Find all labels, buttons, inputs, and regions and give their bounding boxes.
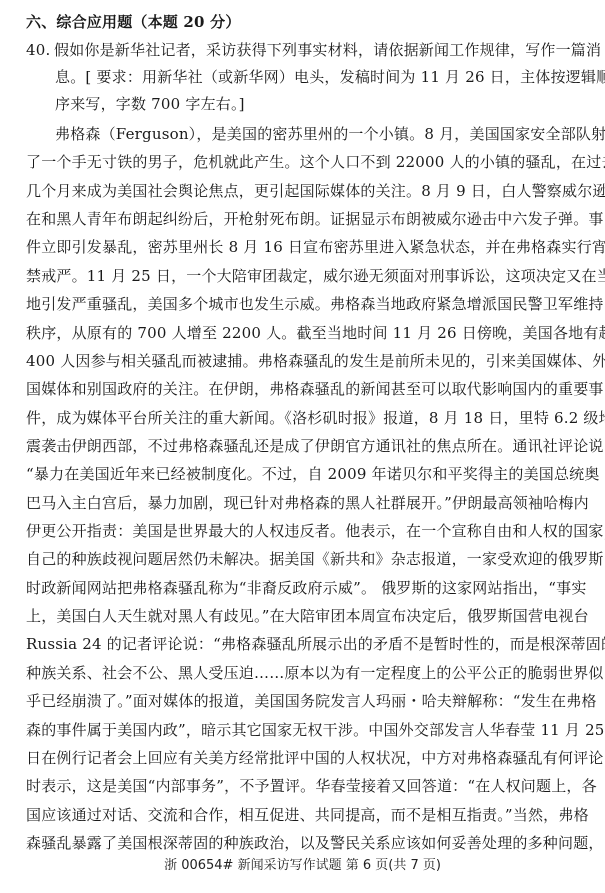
question-prompt-line-1: 40.假如你是新华社记者，采访获得下列事实材料，请依据新闻工作规律，写作一篇消 bbox=[26, 40, 582, 60]
material-line: “暴力在美国近年来已经被制度化。不过，自 2009 年诺贝尔和平奖得主的美国总统… bbox=[26, 464, 582, 484]
material-line: 自己的种族歧视问题居然仍未解决。据美国《新共和》杂志报道，一家受欢迎的俄罗斯 bbox=[26, 549, 582, 569]
material-line: 森骚乱暴露了美国根深蒂固的种族政治，以及警民关系应该如何妥善处理的多种问题， bbox=[26, 833, 582, 853]
material-line: 日在例行记者会上回应有关美方经常批评中国的人权状况，中方对弗格森骚乱有何评论 bbox=[26, 748, 582, 768]
material-line: 400 人因参与相关骚乱而被逮捕。弗格森骚乱的发生是前所未见的，引来美国媒体、外 bbox=[26, 351, 582, 371]
material-line: 巴马入主白宫后，暴力加剧，现已针对弗格森的黑人社群展开。”伊朗最高领袖哈梅内 bbox=[26, 493, 582, 513]
question-prompt-text: 假如你是新华社记者，采访获得下列事实材料，请依据新闻工作规律，写作一篇消 bbox=[54, 41, 601, 59]
material-line: 国媒体和别国政府的关注。在伊朗，弗格森骚乱的新闻甚至可以取代影响国内的重要事 bbox=[26, 379, 582, 399]
material-line: 上，美国白人天生就对黑人有歧见。”在大陪审团本周宣布决定后，俄罗斯国营电视台 bbox=[26, 606, 582, 626]
question-prompt-line-3: 序来写，字数 700 字左右。] bbox=[55, 94, 582, 114]
material-line: 弗格森（Ferguson），是美国的密苏里州的一个小镇。8 月，美国国家安全部队… bbox=[55, 124, 582, 144]
page-footer: 浙 00654# 新闻采访写作试题 第 6 页(共 7 页) bbox=[0, 857, 605, 875]
material-line: 了一个手无寸铁的男子，危机就此产生。这个人口不到 22000 人的小镇的骚乱，在… bbox=[26, 152, 582, 172]
material-line: 秩序，从原有的 700 人增至 2200 人。截至当地时间 11 月 26 日傍… bbox=[26, 323, 582, 343]
material-line: 伊更公开指责：美国是世界最大的人权违反者。他表示，在一个宣称自由和人权的国家， bbox=[26, 521, 582, 541]
material-line: 国应该通过对话、交流和合作，相互促进、共同提高，而不是相互指责。”当然，弗格 bbox=[26, 805, 582, 825]
section-header: 六、综合应用题（本题 20 分） bbox=[26, 12, 582, 32]
material-line: 件，成为媒体平台所关注的重大新闻。《洛杉矶时报》报道，8 月 18 日，里特 6… bbox=[26, 408, 582, 428]
material-line: 几个月来成为美国社会舆论焦点，更引起国际媒体的关注。8 月 9 日，白人警察威尔… bbox=[26, 181, 582, 201]
question-number: 40. bbox=[26, 40, 54, 60]
material-line: 在和黑人青年布朗起纠纷后，开枪射死布朗。证据显示布朗被威尔逊击中六发子弹。事 bbox=[26, 209, 582, 229]
material-line: 时政新闻网站把弗格森骚乱称为“非裔反政府示威”。 俄罗斯的这家网站指出，“事实 bbox=[26, 578, 582, 598]
material-line: 森的事件属于美国内政”，暗示其它国家无权干涉。中国外交部发言人华春莹 11 月 … bbox=[26, 720, 582, 740]
exam-page: 六、综合应用题（本题 20 分） 40.假如你是新华社记者，采访获得下列事实材料… bbox=[0, 0, 605, 893]
material-line: 时表示，这是美国“内部事务”，不予置评。华春莹接着又回答道：“在人权问题上，各 bbox=[26, 776, 582, 796]
material-line: 件立即引发暴乱，密苏里州长 8 月 16 日宣布密苏里进入紧急状态，并在弗格森实… bbox=[26, 237, 582, 257]
material-line: 震袭击伊朗西部，不过弗格森骚乱还是成了伊朗官方通讯社的焦点所在。通讯社评论说： bbox=[26, 436, 582, 456]
material-line: 禁戒严。11 月 25 日，一个大陪审团裁定，威尔逊无须面对刑事诉讼，这项决定又… bbox=[26, 266, 582, 286]
question-prompt-line-2: 息。[ 要求：用新华社（或新华网）电头，发稿时间为 11 月 26 日，主体按逻… bbox=[55, 67, 582, 87]
material-line: Russia 24 的记者评论说：“弗格森骚乱所展示出的矛盾不是暂时性的，而是根… bbox=[26, 634, 582, 654]
material-line: 种族关系、社会不公、黑人受压迫……原本以为有一定程度上的公平公正的脆弱世界似 bbox=[26, 663, 582, 683]
material-line: 乎已经崩溃了。”面对媒体的报道，美国国务院发言人玛丽・哈夫辩解称：“发生在弗格 bbox=[26, 691, 582, 711]
material-line: 地引发严重骚乱，美国多个城市也发生示威。弗格森当地政府紧急增派国民警卫军维持 bbox=[26, 294, 582, 314]
